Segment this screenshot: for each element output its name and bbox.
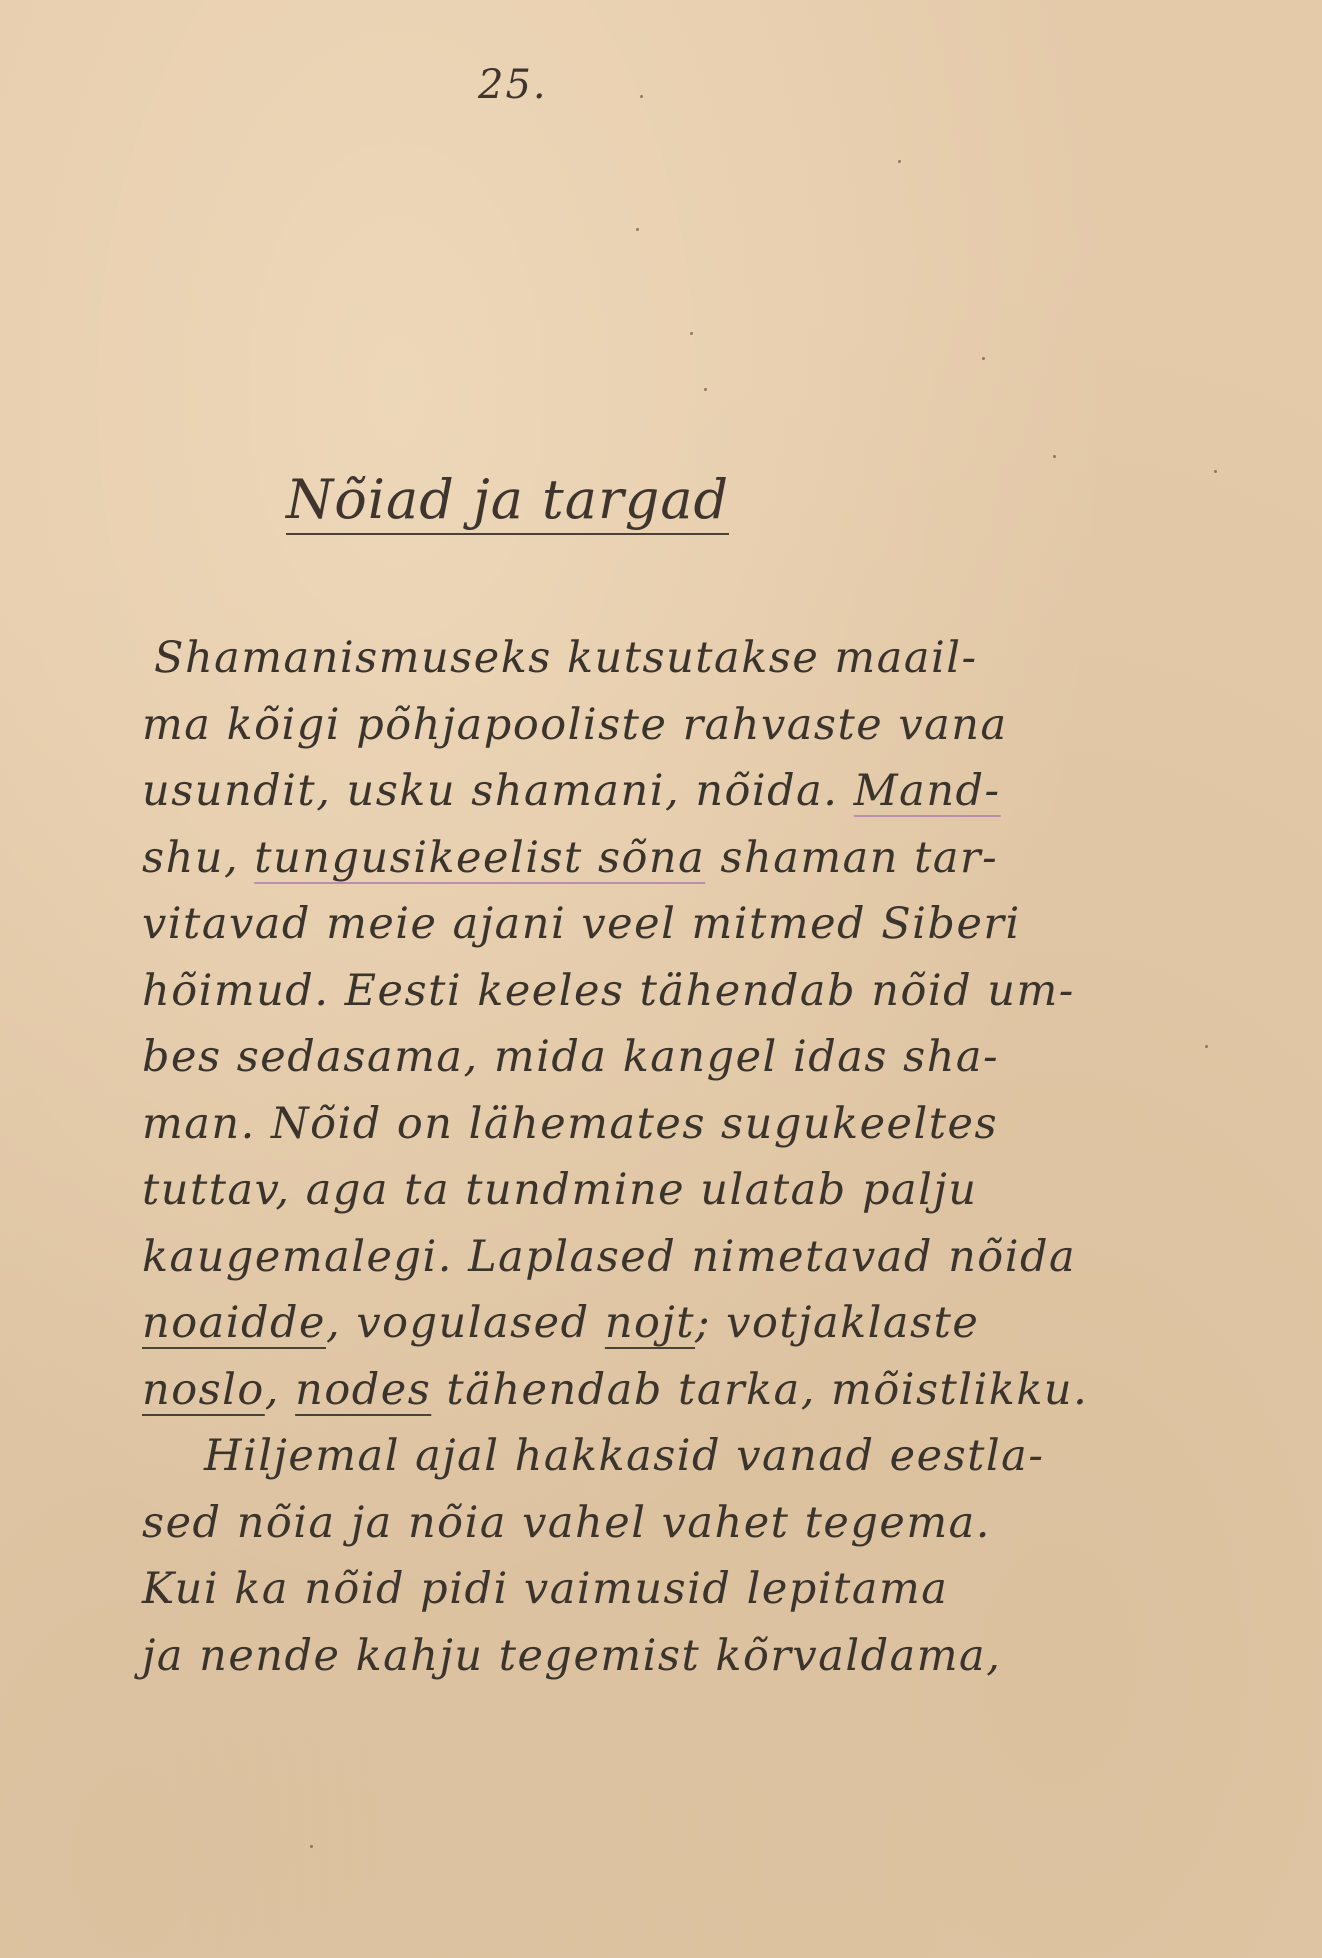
underlined-word: noslo bbox=[142, 1365, 265, 1415]
text-segment: ; votjaklaste bbox=[695, 1298, 979, 1348]
text-line: vitavad meie ajani veel mitmed Siberi bbox=[136, 891, 1266, 958]
text-line: bes sedasama, mida kangel idas sha- bbox=[136, 1024, 1266, 1091]
text-line: Hiljemal ajal hakkasid vanad eestla- bbox=[136, 1423, 1266, 1490]
paper-speck bbox=[704, 388, 707, 391]
manuscript-page: 25. Nõiad ja targad Shamanismuseks kutsu… bbox=[0, 0, 1322, 1958]
text-line: ma kõigi põhjapooliste rahvaste vana bbox=[136, 692, 1266, 759]
underlined-word: noaidde bbox=[142, 1298, 326, 1348]
text-line: man. Nõid on lähemates sugukeeltes bbox=[136, 1091, 1266, 1158]
text-line: usundit, usku shamani, nõida. Mand- bbox=[136, 758, 1266, 825]
reverse-side-bleed-through bbox=[140, 110, 1240, 160]
text-line: kaugemalegi. Laplased nimetavad nõida bbox=[136, 1224, 1266, 1291]
paper-speck bbox=[1053, 455, 1056, 458]
page-title: Nõiad ja targad bbox=[286, 468, 729, 535]
text-line: hõimud. Eesti keeles tähendab nõid um- bbox=[136, 958, 1266, 1025]
text-segment: tähendab tarka, mõistlikku. bbox=[431, 1365, 1088, 1415]
paper-speck bbox=[898, 160, 901, 163]
text-line: ja nende kahju tegemist kõrvaldama, bbox=[136, 1623, 1266, 1690]
text-line: sed nõia ja nõia vahel vahet tegema. bbox=[136, 1490, 1266, 1557]
handwritten-body: Shamanismuseks kutsutakse maail- ma kõig… bbox=[136, 625, 1266, 1689]
underlined-word: nojt bbox=[605, 1298, 695, 1348]
paper-speck bbox=[636, 228, 639, 231]
text-line: Shamanismuseks kutsutakse maail- bbox=[136, 625, 1266, 692]
underlined-word: nodes bbox=[295, 1365, 431, 1415]
paper-speck bbox=[1214, 470, 1217, 473]
paper-speck bbox=[690, 332, 693, 335]
text-line: tuttav, aga ta tundmine ulatab palju bbox=[136, 1157, 1266, 1224]
text-line: noslo, nodes tähendab tarka, mõistlikku. bbox=[136, 1357, 1266, 1424]
paper-speck bbox=[310, 1845, 313, 1848]
text-segment: shaman tar- bbox=[705, 833, 998, 883]
page-number: 25. bbox=[478, 62, 548, 108]
paper-speck bbox=[1205, 1045, 1208, 1048]
text-segment: usundit, usku shamani, nõida. bbox=[142, 766, 854, 816]
underlined-phrase: tungusikeelist sõna bbox=[254, 833, 705, 883]
text-line: noaidde, vogulased nojt; votjaklaste bbox=[136, 1290, 1266, 1357]
paper-speck bbox=[982, 357, 985, 360]
text-segment: , vogulased bbox=[326, 1298, 605, 1348]
text-segment: shu, bbox=[142, 833, 254, 883]
text-segment: , bbox=[265, 1365, 295, 1415]
paper-speck bbox=[640, 95, 643, 98]
text-line: Kui ka nõid pidi vaimusid lepitama bbox=[136, 1556, 1266, 1623]
text-line: shu, tungusikeelist sõna shaman tar- bbox=[136, 825, 1266, 892]
underlined-word: Mand- bbox=[854, 766, 1001, 816]
